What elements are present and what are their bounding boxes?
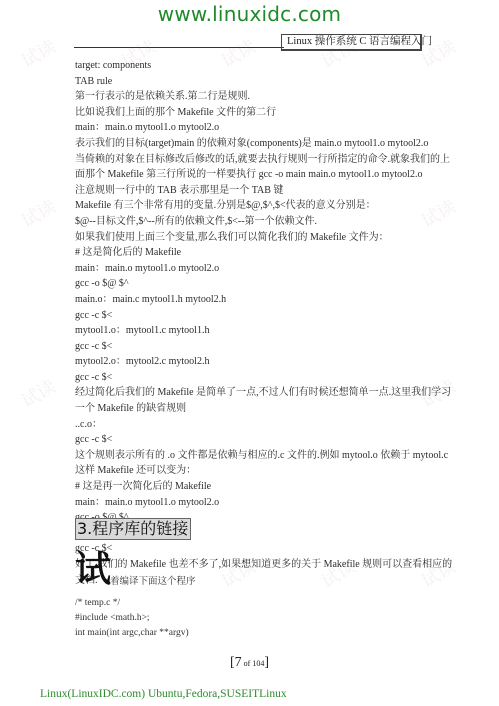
code-line: /* temp.c */ — [75, 596, 189, 611]
text-line: $@--目标文件,$^--所有的依赖文件,$<--第一个依赖文件. — [75, 214, 435, 230]
text-line: 好了,我们的 Makefile 也差不多了,如果想知道更多的关于 Makefil… — [75, 557, 435, 573]
text-line: 这样 Makefile 还可以变为： — [75, 463, 435, 479]
text-line: 这个规则表示所有的 .o 文件都是依赖与相应的.c 文件的.例如 mytool.… — [75, 448, 435, 464]
text-line: gcc -c $< — [75, 432, 435, 448]
text-line: TAB rule — [75, 74, 435, 90]
page-number: [7 of 104] — [0, 655, 499, 671]
site-url-banner: www.linuxidc.com — [0, 2, 499, 26]
text-line: 注意规则一行中的 TAB 表示那里是一个 TAB 键 — [75, 183, 435, 199]
page-current: 7 — [235, 655, 242, 670]
text-line: 如果我们使用上面三个变量,那么我们可以简化我们的 Makefile 文件为： — [75, 230, 435, 246]
page-of: of — [242, 659, 253, 668]
text-line: gcc -c $< — [75, 339, 435, 355]
text-line: # 这是简化后的 Makefile — [75, 245, 435, 261]
text-line: gcc -c $< — [75, 308, 435, 324]
code-sample: /* temp.c */ #include <math.h>; int main… — [75, 596, 189, 641]
page-total: 104 — [252, 659, 264, 668]
dropcap-char: 试 — [75, 550, 111, 590]
text-line: 一个 Makefile 的缺省规则 — [75, 401, 435, 417]
code-line: int main(int argc,char **argv) — [75, 626, 189, 641]
code-line: #include <math.h>; — [75, 611, 189, 626]
text-line: gcc -c $< — [75, 541, 435, 557]
document-body: target: components TAB rule 第一行表示的是依赖关系.… — [75, 58, 435, 588]
text-line: mytool2.o：mytool2.c mytool2.h — [75, 354, 435, 370]
watermark: 试读 — [16, 193, 60, 234]
text-line: # 这是再一次简化后的 Makefile — [75, 479, 435, 495]
text-line: main：main.o mytool1.o mytool2.o — [75, 261, 435, 277]
watermark: 试读 — [16, 33, 60, 74]
text-line: mytool1.o：mytool1.c mytool1.h — [75, 323, 435, 339]
text-line: 比如说我们上面的那个 Makefile 文件的第二行 — [75, 105, 435, 121]
text-line: 第一行表示的是依赖关系.第二行是规则. — [75, 89, 435, 105]
text-line: main：main.o mytool1.o mytool2.o — [75, 120, 435, 136]
text-line: target: components — [75, 58, 435, 74]
text-line: 面那个 Makefile 第三行所说的一样要执行 gcc -o main mai… — [75, 167, 435, 183]
text-line: main.o：main.c mytool1.h mytool2.h — [75, 292, 435, 308]
dropcap-rest-text: 着编译下面这个程序 — [110, 573, 196, 587]
header-divider — [74, 47, 284, 48]
section-heading: 3.程序库的链接 — [75, 518, 191, 540]
page-bracket-close: ] — [264, 655, 269, 670]
text-line: main：main.o mytool1.o mytool2.o — [75, 495, 435, 511]
text-line: 当倚赖的对象在目标修改后修改的话,就要去执行规则一行所指定的命令.就象我们的上 — [75, 152, 435, 168]
text-line: 表示我们的目标(target)main 的依赖对象(components)是 m… — [75, 136, 435, 152]
text-line: gcc -o $@ $^ — [75, 276, 435, 292]
text-line: Makefile 有三个非常有用的变量.分别是$@,$^,$<代表的意义分别是： — [75, 198, 435, 214]
book-title-box: Linux 操作系统 C 语言编程入门 — [281, 34, 422, 51]
footer-site-text: Linux(LinuxIDC.com) Ubuntu,Fedora,SUSEIT… — [40, 688, 287, 700]
text-line: ..c.o： — [75, 417, 435, 433]
text-line: gcc -c $< — [75, 370, 435, 386]
text-line: 经过简化后我们的 Makefile 是简单了一点,不过人们有时候还想简单一点.这… — [75, 385, 435, 401]
watermark: 试读 — [16, 373, 60, 414]
